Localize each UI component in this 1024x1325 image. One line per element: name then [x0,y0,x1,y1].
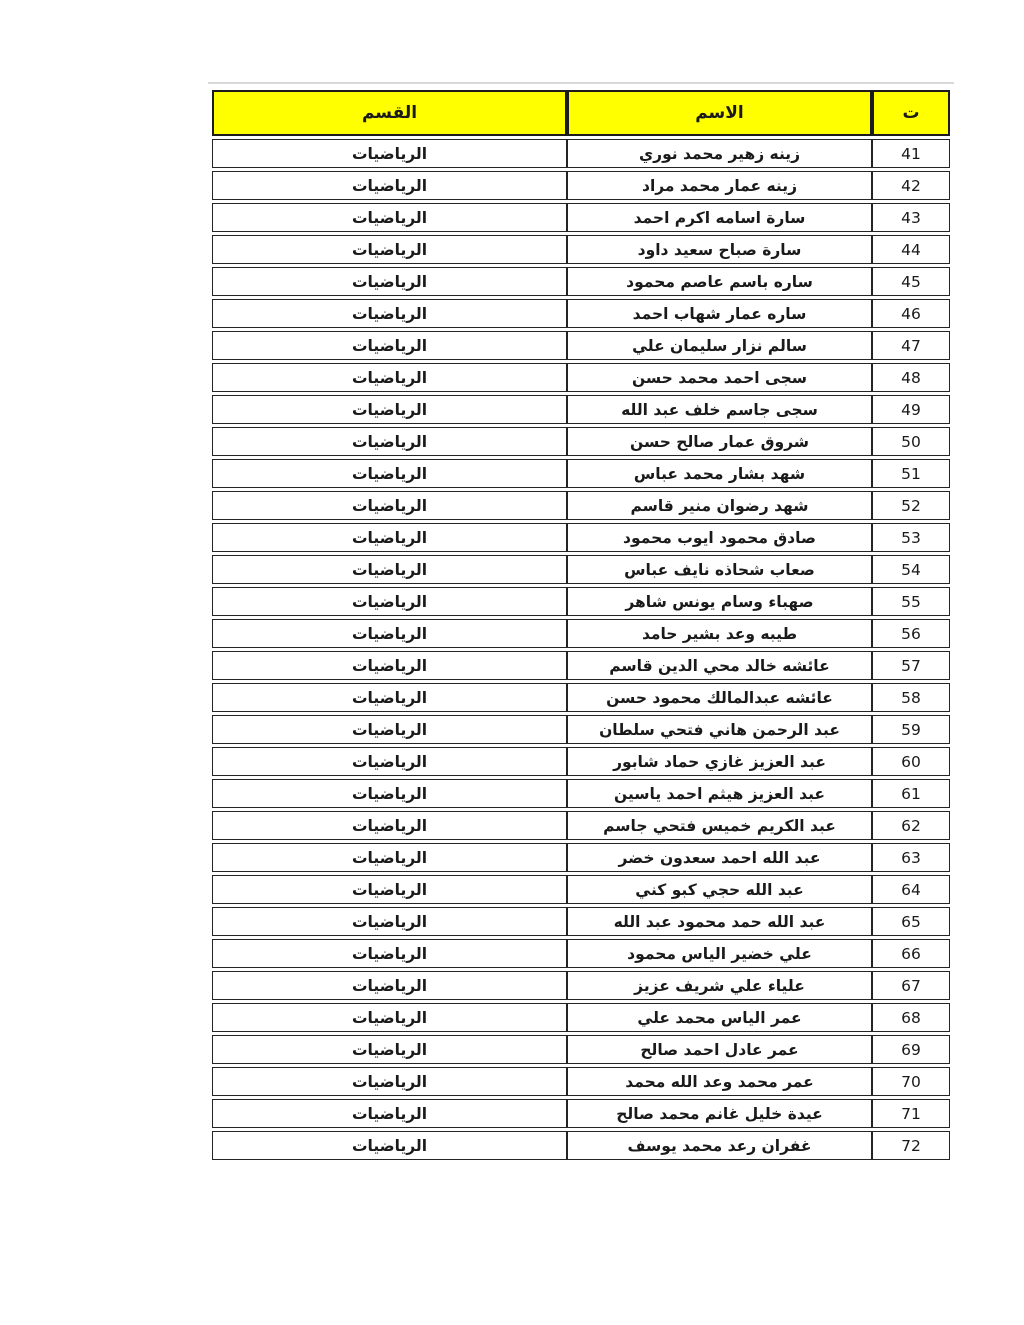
table-row: 66 علي خضير الياس محمود الرياضيات [212,939,950,968]
table-row: 45 ساره باسم عاصم محمود الرياضيات [212,267,950,296]
row-dept-cell: الرياضيات [212,1035,567,1064]
table-row: 62 عبد الكريم خميس فتحي جاسم الرياضيات [212,811,950,840]
row-number-cell: 64 [872,875,950,904]
row-dept-cell: الرياضيات [212,491,567,520]
row-name-cell: عمر محمد وعد الله محمد [567,1067,872,1096]
table-row: 58 عائشه عبدالمالك محمود حسن الرياضيات [212,683,950,712]
row-name-cell: صعاب شحاذه نايف عباس [567,555,872,584]
table-row: 69 عمر عادل احمد صالح الرياضيات [212,1035,950,1064]
row-number-cell: 50 [872,427,950,456]
row-number-cell: 63 [872,843,950,872]
row-number-cell: 61 [872,779,950,808]
row-dept-cell: الرياضيات [212,683,567,712]
row-dept-cell: الرياضيات [212,171,567,200]
table-row: 59 عبد الرحمن هاني فتحي سلطان الرياضيات [212,715,950,744]
table-row: 61 عبد العزيز هيثم احمد ياسين الرياضيات [212,779,950,808]
row-name-cell: عبد العزيز هيثم احمد ياسين [567,779,872,808]
table-row: 49 سجى جاسم خلف عبد الله الرياضيات [212,395,950,424]
row-dept-cell: الرياضيات [212,907,567,936]
table-row: 51 شهد بشار محمد عباس الرياضيات [212,459,950,488]
row-dept-cell: الرياضيات [212,267,567,296]
table-row: 70 عمر محمد وعد الله محمد الرياضيات [212,1067,950,1096]
row-number-cell: 43 [872,203,950,232]
row-dept-cell: الرياضيات [212,555,567,584]
table-row: 55 صهباء وسام يونس شاهر الرياضيات [212,587,950,616]
row-number-cell: 49 [872,395,950,424]
row-number-cell: 55 [872,587,950,616]
row-number-cell: 58 [872,683,950,712]
row-number-cell: 45 [872,267,950,296]
row-number-cell: 60 [872,747,950,776]
row-dept-cell: الرياضيات [212,779,567,808]
table-row: 71 عيدة خليل غانم محمد صالح الرياضيات [212,1099,950,1128]
row-name-cell: عائشه خالد محي الدين قاسم [567,651,872,680]
table-row: 41 زينه زهير محمد نوري الرياضيات [212,139,950,168]
row-dept-cell: الرياضيات [212,747,567,776]
table-row: 68 عمر الياس محمد علي الرياضيات [212,1003,950,1032]
table-row: 43 سارة اسامه اكرم احمد الرياضيات [212,203,950,232]
row-dept-cell: الرياضيات [212,939,567,968]
table-header-row: ت الاسم القسم [212,90,950,136]
table-body: 41 زينه زهير محمد نوري الرياضيات 42 زينه… [212,139,950,1160]
row-dept-cell: الرياضيات [212,459,567,488]
row-dept-cell: الرياضيات [212,235,567,264]
row-number-cell: 57 [872,651,950,680]
row-dept-cell: الرياضيات [212,299,567,328]
page-top-rule [208,82,954,84]
row-name-cell: عيدة خليل غانم محمد صالح [567,1099,872,1128]
row-number-cell: 46 [872,299,950,328]
row-dept-cell: الرياضيات [212,203,567,232]
row-name-cell: عبد الرحمن هاني فتحي سلطان [567,715,872,744]
row-name-cell: عمر عادل احمد صالح [567,1035,872,1064]
row-number-cell: 68 [872,1003,950,1032]
table-row: 42 زينه عمار محمد مراد الرياضيات [212,171,950,200]
row-number-cell: 54 [872,555,950,584]
table-row: 50 شروق عمار صالح حسن الرياضيات [212,427,950,456]
row-dept-cell: الرياضيات [212,523,567,552]
row-name-cell: سالم نزار سليمان علي [567,331,872,360]
row-name-cell: شهد رضوان منير قاسم [567,491,872,520]
table-row: 44 سارة صباح سعيد داود الرياضيات [212,235,950,264]
row-number-cell: 65 [872,907,950,936]
row-number-cell: 56 [872,619,950,648]
row-dept-cell: الرياضيات [212,875,567,904]
row-dept-cell: الرياضيات [212,1099,567,1128]
table-row: 48 سجى احمد محمد حسن الرياضيات [212,363,950,392]
row-number-cell: 67 [872,971,950,1000]
students-table: ت الاسم القسم 41 زينه زهير محمد نوري الر… [212,87,950,1163]
header-cell-name: الاسم [567,90,872,136]
row-number-cell: 71 [872,1099,950,1128]
row-number-cell: 51 [872,459,950,488]
row-name-cell: عبد العزيز غازي حماد شابور [567,747,872,776]
row-dept-cell: الرياضيات [212,843,567,872]
table-row: 60 عبد العزيز غازي حماد شابور الرياضيات [212,747,950,776]
row-dept-cell: الرياضيات [212,811,567,840]
table-row: 46 ساره عمار شهاب احمد الرياضيات [212,299,950,328]
row-name-cell: عبد الله حجي كبو كني [567,875,872,904]
row-dept-cell: الرياضيات [212,971,567,1000]
row-name-cell: عمر الياس محمد علي [567,1003,872,1032]
row-number-cell: 72 [872,1131,950,1160]
row-name-cell: عبد الله احمد سعدون خضر [567,843,872,872]
row-number-cell: 70 [872,1067,950,1096]
row-dept-cell: الرياضيات [212,651,567,680]
table-row: 56 طيبه وعد بشير حامد الرياضيات [212,619,950,648]
row-dept-cell: الرياضيات [212,331,567,360]
row-number-cell: 42 [872,171,950,200]
row-name-cell: شروق عمار صالح حسن [567,427,872,456]
document-page: ت الاسم القسم 41 زينه زهير محمد نوري الر… [0,0,1024,1325]
row-number-cell: 44 [872,235,950,264]
row-number-cell: 69 [872,1035,950,1064]
table-row: 65 عبد الله حمد محمود عبد الله الرياضيات [212,907,950,936]
row-name-cell: عائشه عبدالمالك محمود حسن [567,683,872,712]
row-name-cell: علي خضير الياس محمود [567,939,872,968]
row-name-cell: غفران رعد محمد يوسف [567,1131,872,1160]
row-name-cell: سجى جاسم خلف عبد الله [567,395,872,424]
table-row: 64 عبد الله حجي كبو كني الرياضيات [212,875,950,904]
table-row: 67 علياء علي شريف عزيز الرياضيات [212,971,950,1000]
row-name-cell: سارة صباح سعيد داود [567,235,872,264]
row-dept-cell: الرياضيات [212,619,567,648]
header-cell-number: ت [872,90,950,136]
row-name-cell: سارة اسامه اكرم احمد [567,203,872,232]
row-dept-cell: الرياضيات [212,587,567,616]
row-name-cell: سجى احمد محمد حسن [567,363,872,392]
row-dept-cell: الرياضيات [212,1131,567,1160]
row-name-cell: ساره عمار شهاب احمد [567,299,872,328]
row-name-cell: علياء علي شريف عزيز [567,971,872,1000]
table-row: 63 عبد الله احمد سعدون خضر الرياضيات [212,843,950,872]
row-name-cell: ساره باسم عاصم محمود [567,267,872,296]
row-dept-cell: الرياضيات [212,1067,567,1096]
row-number-cell: 52 [872,491,950,520]
table-row: 54 صعاب شحاذه نايف عباس الرياضيات [212,555,950,584]
row-number-cell: 41 [872,139,950,168]
row-number-cell: 59 [872,715,950,744]
row-name-cell: طيبه وعد بشير حامد [567,619,872,648]
row-dept-cell: الرياضيات [212,1003,567,1032]
row-number-cell: 53 [872,523,950,552]
row-name-cell: زينه عمار محمد مراد [567,171,872,200]
row-dept-cell: الرياضيات [212,395,567,424]
row-dept-cell: الرياضيات [212,715,567,744]
row-name-cell: زينه زهير محمد نوري [567,139,872,168]
row-name-cell: شهد بشار محمد عباس [567,459,872,488]
row-number-cell: 66 [872,939,950,968]
header-cell-dept: القسم [212,90,567,136]
table-row: 53 صادق محمود ايوب محمود الرياضيات [212,523,950,552]
row-number-cell: 62 [872,811,950,840]
row-name-cell: عبد الكريم خميس فتحي جاسم [567,811,872,840]
row-name-cell: عبد الله حمد محمود عبد الله [567,907,872,936]
table-row: 72 غفران رعد محمد يوسف الرياضيات [212,1131,950,1160]
row-dept-cell: الرياضيات [212,363,567,392]
row-number-cell: 48 [872,363,950,392]
table-row: 47 سالم نزار سليمان علي الرياضيات [212,331,950,360]
row-name-cell: صهباء وسام يونس شاهر [567,587,872,616]
row-dept-cell: الرياضيات [212,427,567,456]
row-dept-cell: الرياضيات [212,139,567,168]
row-name-cell: صادق محمود ايوب محمود [567,523,872,552]
table-row: 52 شهد رضوان منير قاسم الرياضيات [212,491,950,520]
table-row: 57 عائشه خالد محي الدين قاسم الرياضيات [212,651,950,680]
row-number-cell: 47 [872,331,950,360]
